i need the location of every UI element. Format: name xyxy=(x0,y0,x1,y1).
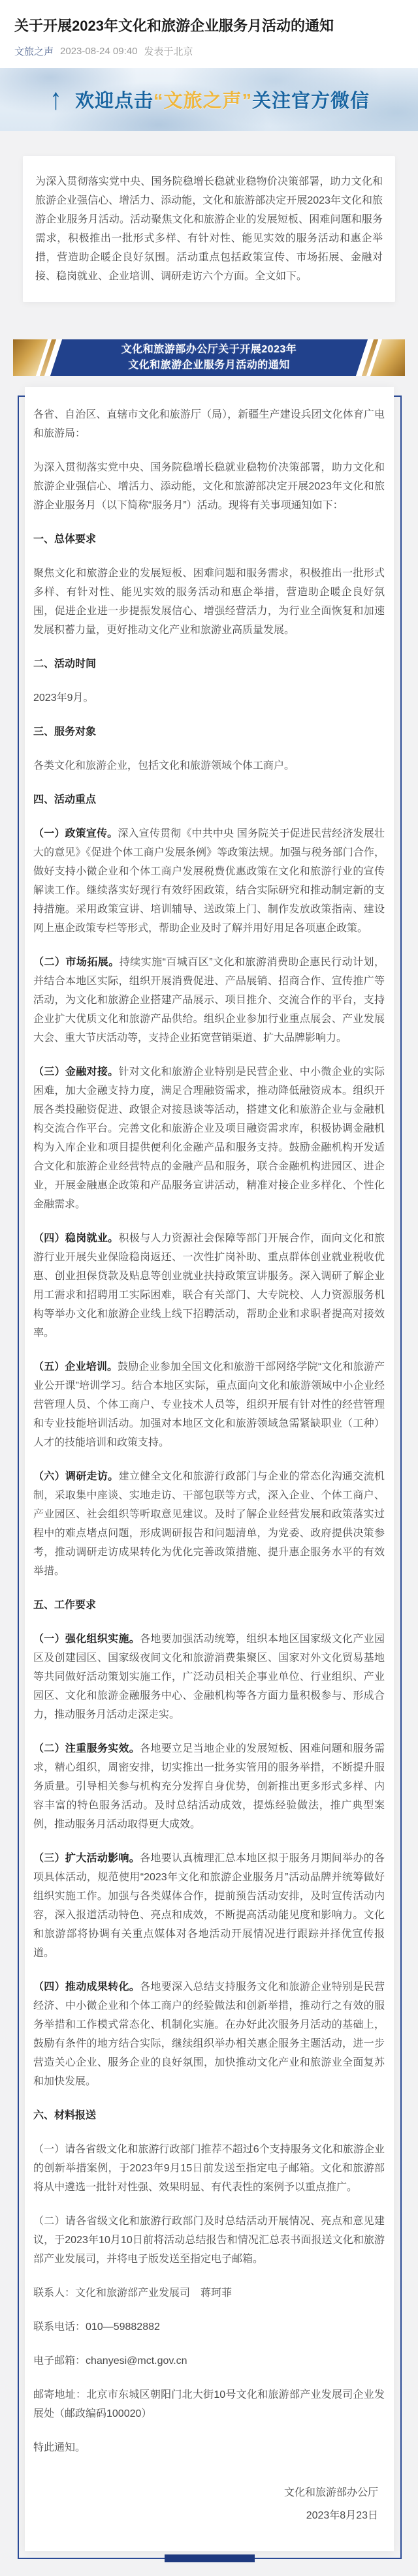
clause-paragraph: （二）注重服务实效。各地要立足当地企业的发展短板、困难问题和服务需求，精心组织，… xyxy=(33,1739,385,1834)
document-section: 各省、自治区、直辖市文化和旅游厅（局），新疆生产建设兵团文化体育广电和旅游局：为… xyxy=(0,387,418,2559)
signature-line: 2023年8月23日 xyxy=(33,2506,378,2525)
doc-paragraph: 聚焦文化和旅游企业的发展短板、困难问题和服务需求，积极推出一批形式多样、有针对性… xyxy=(33,564,385,640)
clause-paragraph: （一）政策宣传。深入宣传贯彻《中共中央 国务院关于促进民营经济发展壮大的意见》《… xyxy=(33,824,385,938)
clause-lead: （六）调研走访。 xyxy=(33,1471,119,1482)
document-card: 各省、自治区、直辖市文化和旅游厅（局），新疆生产建设兵团文化体育广电和旅游局：为… xyxy=(25,387,394,2551)
clause-paragraph: （四）推动成果转化。各地要深入总结支持服务文化和旅游企业特别是民营经济、中小微企… xyxy=(33,1978,385,2091)
clause-lead: （三）金融对接。 xyxy=(33,1066,119,1078)
account-name-link[interactable]: 文旅之声 xyxy=(14,44,54,58)
clause-paragraph: （四）稳岗就业。积极与人力资源社会保障等部门开展合作，面向文化和旅游行业开展失业… xyxy=(33,1229,385,1342)
clause-lead: （二）注重服务实效。 xyxy=(33,1743,140,1754)
doc-paragraph: 各省、自治区、直辖市文化和旅游厅（局），新疆生产建设兵团文化体育广电和旅游局： xyxy=(33,405,385,443)
clause-lead: （一）强化组织实施。 xyxy=(33,1634,140,1645)
doc-paragraph: 联系人：文化和旅游部产业发展司 蒋珂菲 xyxy=(33,2284,385,2303)
notice-title-banner: 文化和旅游部办公厅关于开展2023年 文化和旅游企业服务月活动的通知 xyxy=(13,339,405,376)
doc-blocks: 各省、自治区、直辖市文化和旅游厅（局），新疆生产建设兵团文化体育广电和旅游局：为… xyxy=(33,405,385,2525)
clause-paragraph: （六）调研走访。建立健全文化和旅游行政部门与企业的常态化沟通交流机制，采取集中座… xyxy=(33,1467,385,1581)
clause-lead: （五）企业培训。 xyxy=(33,1361,118,1373)
clause-lead: （四）推动成果转化。 xyxy=(33,1981,140,1993)
doc-paragraph: 各类文化和旅游企业，包括文化和旅游领域个体工商户。 xyxy=(33,756,385,775)
clause-lead: （一）政策宣传。 xyxy=(33,828,118,839)
clause-paragraph: （三）金融对接。针对文化和旅游企业特别是民营企业、中小微企业的实际困难，加大金融… xyxy=(33,1063,385,1214)
section-heading: 二、活动时间 xyxy=(33,655,385,674)
doc-paragraph: 联系电话：010—59882882 xyxy=(33,2318,385,2336)
section-heading: 六、材料报送 xyxy=(33,2106,385,2125)
banner-text-highlight: “文旅之声” xyxy=(153,91,252,112)
publish-location: 发表于北京 xyxy=(144,44,193,58)
intro-paragraph: 为深入贯彻落实党中央、国务院稳增长稳就业稳物价决策部署，助力文化和旅游企业强信心… xyxy=(35,172,383,286)
page-title: 关于开展2023年文化和旅游企业服务月活动的通知 xyxy=(14,16,404,36)
article-page: 关于开展2023年文化和旅游企业服务月活动的通知 文旅之声 2023-08-24… xyxy=(0,0,418,2576)
section-heading: 三、服务对象 xyxy=(33,722,385,741)
section-heading: 五、工作要求 xyxy=(33,1596,385,1615)
bottom-bar-decoration xyxy=(165,2554,255,2562)
doc-paragraph: 2023年9月。 xyxy=(33,689,385,707)
banner-text-suffix: 关注官方微信 xyxy=(252,91,370,112)
notice-banner-line2: 文化和旅游企业服务月活动的通知 xyxy=(128,358,290,373)
publish-time: 2023-08-24 09:40 xyxy=(60,46,137,57)
notice-banner-line1: 文化和旅游部办公厅关于开展2023年 xyxy=(121,342,297,358)
up-arrow-icon: ↑ xyxy=(50,84,61,114)
clause-paragraph: （一）强化组织实施。各地要加强活动统筹，组织本地区国家级文化产业园区及创建园区、… xyxy=(33,1630,385,1724)
doc-paragraph: 电子邮箱：chanyesi@mct.gov.cn xyxy=(33,2351,385,2370)
section-heading: 一、总体要求 xyxy=(33,530,385,549)
article-body: 为深入贯彻落实党中央、国务院稳增长稳就业稳物价决策部署，助力文化和旅游企业强信心… xyxy=(0,131,418,2576)
doc-paragraph: （二）请各省级文化和旅游行政部门及时总结活动开展情况、亮点和意见建议，于2023… xyxy=(33,2212,385,2269)
clause-lead: （四）稳岗就业。 xyxy=(33,1233,119,1244)
section-heading: 四、活动重点 xyxy=(33,790,385,809)
clause-lead: （三）扩大活动影响。 xyxy=(33,1853,140,1864)
clause-paragraph: （三）扩大活动影响。各地要认真梳理汇总本地区拟于服务月期间举办的各项具体活动，规… xyxy=(33,1849,385,1963)
doc-paragraph: 特此通知。 xyxy=(33,2438,385,2457)
article-header: 关于开展2023年文化和旅游企业服务月活动的通知 文旅之声 2023-08-24… xyxy=(0,0,418,58)
doc-paragraph: 为深入贯彻落实党中央、国务院稳增长稳就业稳物价决策部署，助力文化和旅游企业强信心… xyxy=(33,458,385,515)
clause-paragraph: （二）市场拓展。持续实施“百城百区”文化和旅游消费助企惠民行动计划，并结合本地区… xyxy=(33,953,385,1047)
doc-paragraph: 邮寄地址：北京市东城区朝阳门北大街10号文化和旅游部产业发展司企业发展处（邮政编… xyxy=(33,2385,385,2423)
signature-line: 文化和旅游部办公厅 xyxy=(33,2483,378,2502)
banner-text: 欢迎点击“文旅之声”关注官方微信 xyxy=(75,86,370,113)
notice-banner-text: 文化和旅游部办公厅关于开展2023年 文化和旅游企业服务月活动的通知 xyxy=(13,339,405,376)
clause-paragraph: （五）企业培训。鼓励企业参加全国文化和旅游干部网络学院“文化和旅游产业公开课”培… xyxy=(33,1358,385,1452)
article-meta: 文旅之声 2023-08-24 09:40 发表于北京 xyxy=(14,44,404,58)
follow-banner[interactable]: ↑ 欢迎点击“文旅之声”关注官方微信 xyxy=(0,68,418,131)
clause-lead: （二）市场拓展。 xyxy=(33,957,120,968)
doc-paragraph: （一）请各省级文化和旅游行政部门推荐不超过6个支持服务文化和旅游企业的创新举措案… xyxy=(33,2140,385,2197)
intro-card: 为深入贯彻落实党中央、国务院稳增长稳就业稳物价决策部署，助力文化和旅游企业强信心… xyxy=(23,156,395,302)
banner-text-prefix: 欢迎点击 xyxy=(75,91,153,112)
